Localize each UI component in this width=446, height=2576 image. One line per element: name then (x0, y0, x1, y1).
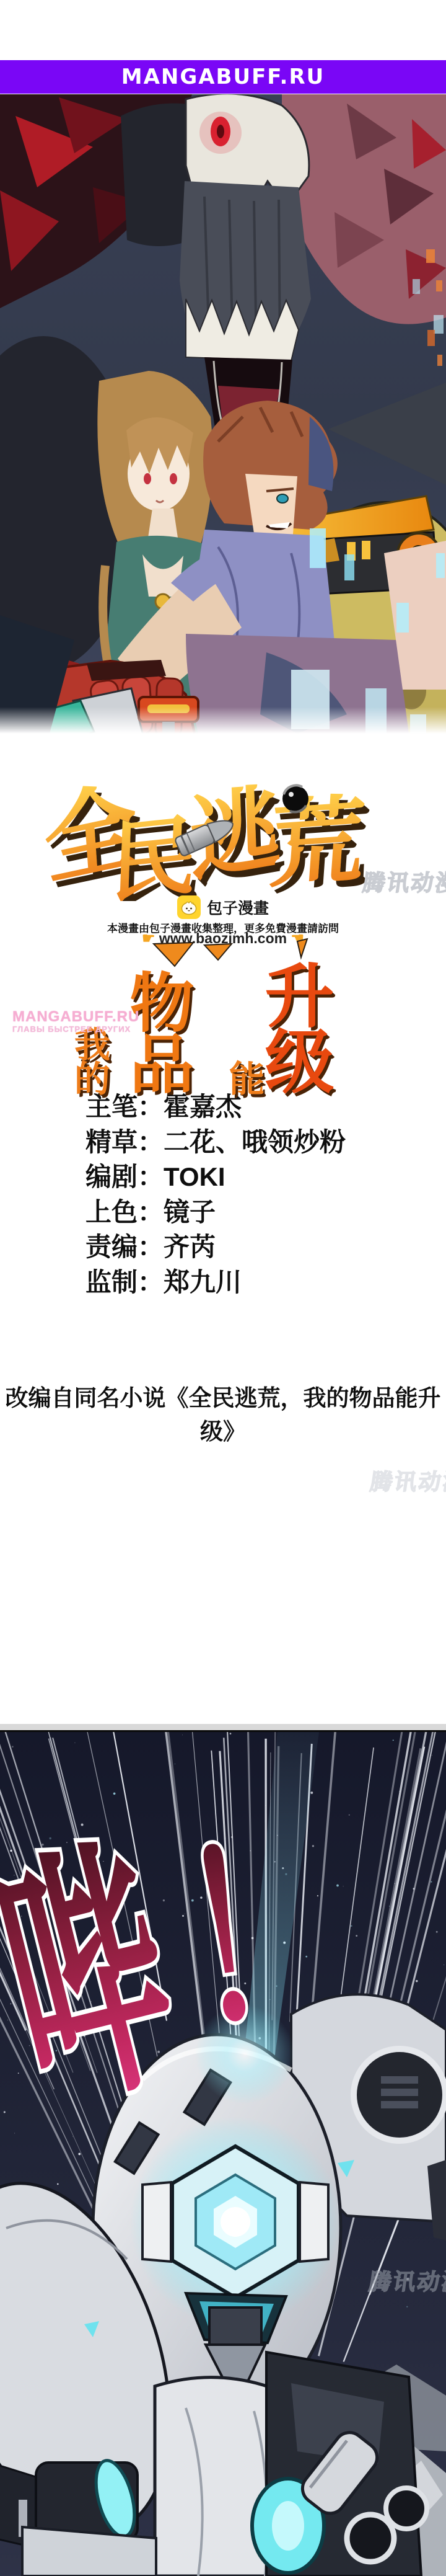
title-char-4: 荒 (266, 787, 368, 899)
tencent-watermark-middle: 腾讯动漫 (368, 1465, 446, 1496)
credit-row-draft: 精草：二花、哦领炒粉 (85, 1125, 346, 1160)
subtitle-part-2: 物品 (129, 974, 229, 1096)
manga-panel: 哔 ！ (0, 1732, 446, 2576)
credit-row-colorist: 上色：镜子 (85, 1195, 346, 1230)
subtitle-part-1: 我的 (74, 1028, 129, 1096)
manga-page: MANGABUFF.RU (0, 0, 446, 2576)
tencent-watermark-title: 腾讯动漫 (361, 866, 446, 897)
site-watermark-line2: ГЛАВЫ БЫСТРЕЕ ДРУГИХ (12, 1025, 139, 1034)
site-watermark: MANGABUFF.RU ГЛАВЫ БЫСТРЕЕ ДРУГИХ (12, 1009, 139, 1034)
baozi-bun-icon (177, 895, 201, 919)
subtitle-part-4: 升级 (265, 964, 372, 1096)
site-banner: MANGABUFF.RU (0, 60, 446, 94)
adaptation-note: 改编自同名小说《全民逃荒，我的物品能升级》 (0, 1379, 446, 1446)
tencent-watermark-panel: 腾讯动漫 (367, 2265, 446, 2296)
site-banner-label: MANGABUFF.RU (121, 64, 325, 89)
cover-art (0, 94, 446, 734)
panel-top-border-gray (0, 1724, 446, 1730)
publisher-brand: 包子漫畫 (207, 896, 269, 918)
credits-block: 主笔：霍嘉杰 精草：二花、哦领炒粉 编剧：TOKI 上色：镜子 责编：齐芮 监制… (85, 1090, 346, 1300)
site-watermark-line1: MANGABUFF.RU (12, 1009, 139, 1025)
credit-row-supervisor: 监制：郑九川 (85, 1265, 346, 1300)
publisher-row: 包子漫畫 (0, 895, 446, 919)
credit-row-writer: 编剧：TOKI (85, 1160, 346, 1195)
credit-row-editor: 责编：齐芮 (85, 1230, 346, 1265)
credit-row-artist: 主笔：霍嘉杰 (85, 1090, 346, 1125)
cover-bottom-fade (0, 707, 446, 734)
